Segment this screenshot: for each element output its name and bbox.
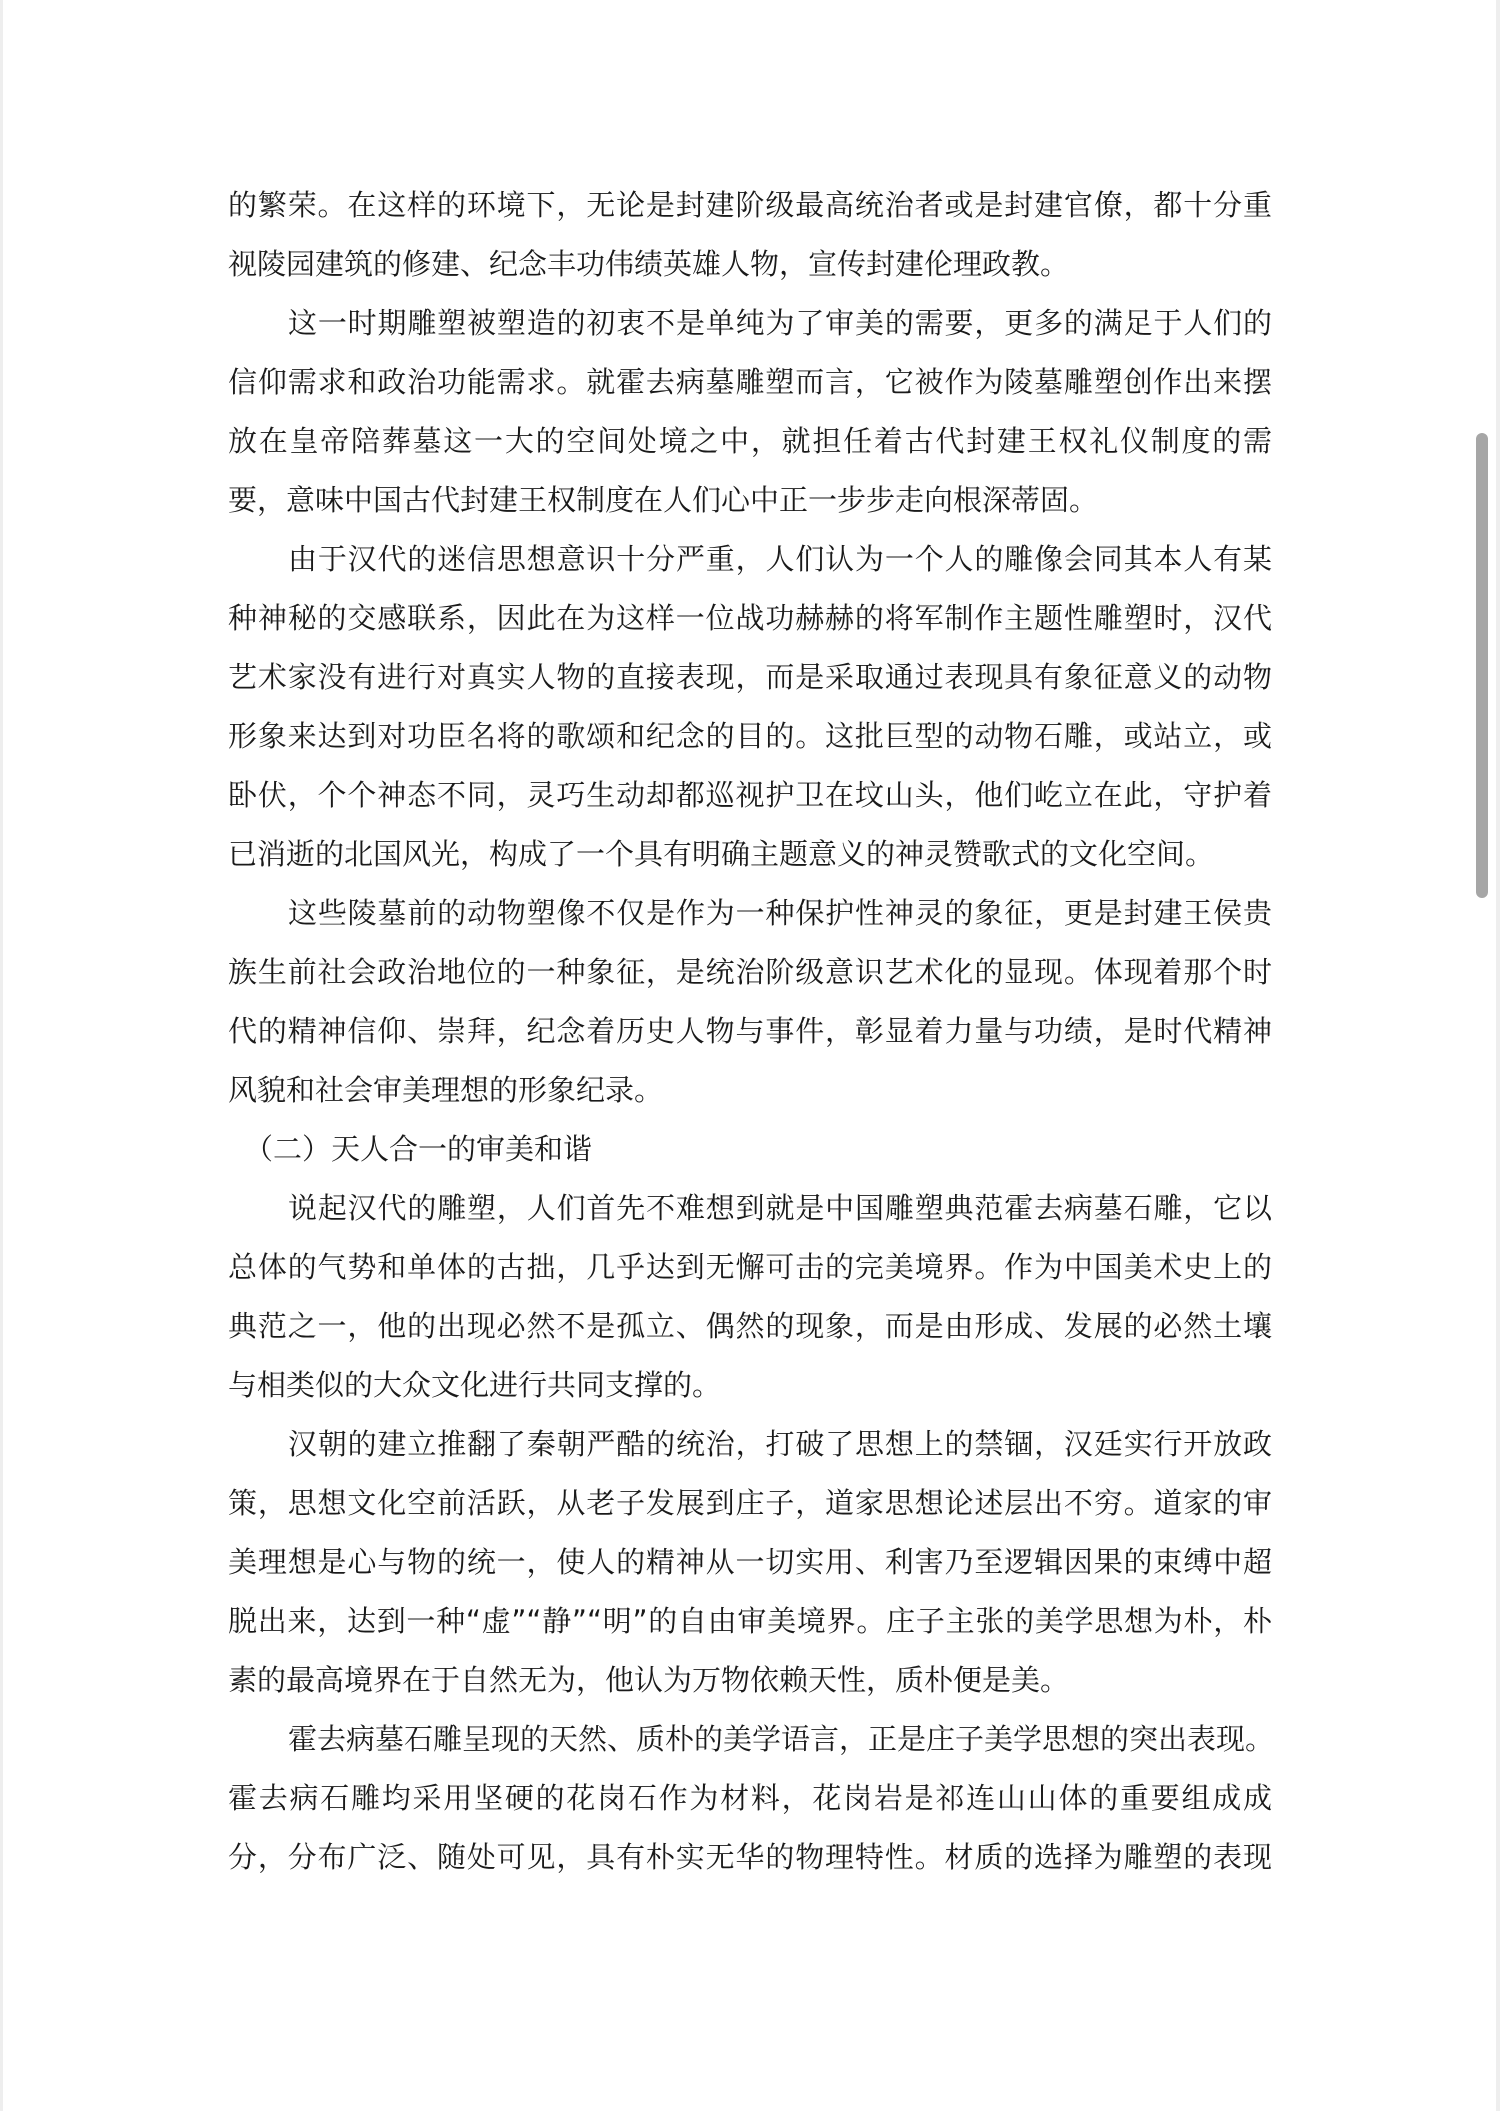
paragraph: 这些陵墓前的动物塑像不仅是作为一种保护性神灵的象征，更是封建王侯贵 族生前社会政…	[228, 884, 1272, 1120]
text-line: 卧伏，个个神态不同，灵巧生动却都巡视护卫在坟山头，他们屹立在此，守护着	[228, 766, 1272, 825]
text-line: 霍去病石雕均采用坚硬的花岗石作为材料，花岗岩是祁连山山体的重要组成成	[228, 1769, 1272, 1828]
text-line: 视陵园建筑的修建、纪念丰功伟绩英雄人物，宣传封建伦理政教。	[228, 235, 1272, 294]
text-line: 脱出来，达到一种“虚”“静”“明”的自由审美境界。庄子主张的美学思想为朴，朴	[228, 1592, 1272, 1651]
text-line: 信仰需求和政治功能需求。就霍去病墓雕塑而言，它被作为陵墓雕塑创作出来摆	[228, 353, 1272, 412]
paragraph: 汉朝的建立推翻了秦朝严酷的统治，打破了思想上的禁锢，汉廷实行开放政 策，思想文化…	[228, 1415, 1272, 1710]
vertical-scrollbar-thumb[interactable]	[1476, 433, 1488, 898]
document-page: 的繁荣。在这样的环境下，无论是封建阶级最高统治者或是封建官僚，都十分重 视陵园建…	[228, 176, 1272, 1887]
text-line: 素的最高境界在于自然无为，他认为万物依赖天性，质朴便是美。	[228, 1651, 1272, 1710]
text-line: 汉朝的建立推翻了秦朝严酷的统治，打破了思想上的禁锢，汉廷实行开放政	[228, 1415, 1272, 1474]
text-line: 艺术家没有进行对真实人物的直接表现，而是采取通过表现具有象征意义的动物	[228, 648, 1272, 707]
text-line: 这些陵墓前的动物塑像不仅是作为一种保护性神灵的象征，更是封建王侯贵	[228, 884, 1272, 943]
text-line: 放在皇帝陪葬墓这一大的空间处境之中，就担任着古代封建王权礼仪制度的需	[228, 412, 1272, 471]
text-line: 美理想是心与物的统一，使人的精神从一切实用、利害乃至逻辑因果的束缚中超	[228, 1533, 1272, 1592]
text-line: 典范之一，他的出现必然不是孤立、偶然的现象，而是由形成、发展的必然土壤	[228, 1297, 1272, 1356]
text-line: 风貌和社会审美理想的形象纪录。	[228, 1061, 1272, 1120]
text-line: 的繁荣。在这样的环境下，无论是封建阶级最高统治者或是封建官僚，都十分重	[228, 176, 1272, 235]
paragraph: 这一时期雕塑被塑造的初衷不是单纯为了审美的需要，更多的满足于人们的 信仰需求和政…	[228, 294, 1272, 530]
text-line: 与相类似的大众文化进行共同支撑的。	[228, 1356, 1272, 1415]
paragraph-continuation: 的繁荣。在这样的环境下，无论是封建阶级最高统治者或是封建官僚，都十分重 视陵园建…	[228, 176, 1272, 294]
text-line: 策，思想文化空前活跃，从老子发展到庄子，道家思想论述层出不穷。道家的审	[228, 1474, 1272, 1533]
page-left-edge	[0, 0, 3, 2111]
text-line: 种神秘的交感联系，因此在为这样一位战功赫赫的将军制作主题性雕塑时，汉代	[228, 589, 1272, 648]
paragraph: 霍去病墓石雕呈现的天然、质朴的美学语言，正是庄子美学思想的突出表现。 霍去病石雕…	[228, 1710, 1272, 1887]
paragraph: 说起汉代的雕塑，人们首先不难想到就是中国雕塑典范霍去病墓石雕，它以 总体的气势和…	[228, 1179, 1272, 1415]
text-line: 分，分布广泛、随处可见，具有朴实无华的物理特性。材质的选择为雕塑的表现	[228, 1828, 1272, 1887]
text-line: 说起汉代的雕塑，人们首先不难想到就是中国雕塑典范霍去病墓石雕，它以	[228, 1179, 1272, 1238]
text-line: 要，意味中国古代封建王权制度在人们心中正一步步走向根深蒂固。	[228, 471, 1272, 530]
text-line: 霍去病墓石雕呈现的天然、质朴的美学语言，正是庄子美学思想的突出表现。	[228, 1710, 1272, 1769]
page-right-edge	[1496, 0, 1500, 2111]
text-line: 总体的气势和单体的古拙，几乎达到无懈可击的完美境界。作为中国美术史上的	[228, 1238, 1272, 1297]
text-line: 代的精神信仰、崇拜，纪念着历史人物与事件，彰显着力量与功绩，是时代精神	[228, 1002, 1272, 1061]
section-heading-text: （二）天人合一的审美和谐	[228, 1120, 1272, 1179]
text-line: 这一时期雕塑被塑造的初衷不是单纯为了审美的需要，更多的满足于人们的	[228, 294, 1272, 353]
text-line: 族生前社会政治地位的一种象征，是统治阶级意识艺术化的显现。体现着那个时	[228, 943, 1272, 1002]
text-line: 已消逝的北国风光，构成了一个具有明确主题意义的神灵赞歌式的文化空间。	[228, 825, 1272, 884]
text-line: 形象来达到对功臣名将的歌颂和纪念的目的。这批巨型的动物石雕，或站立，或	[228, 707, 1272, 766]
text-line: 由于汉代的迷信思想意识十分严重，人们认为一个人的雕像会同其本人有某	[228, 530, 1272, 589]
paragraph: 由于汉代的迷信思想意识十分严重，人们认为一个人的雕像会同其本人有某 种神秘的交感…	[228, 530, 1272, 884]
section-heading: （二）天人合一的审美和谐	[228, 1120, 1272, 1179]
